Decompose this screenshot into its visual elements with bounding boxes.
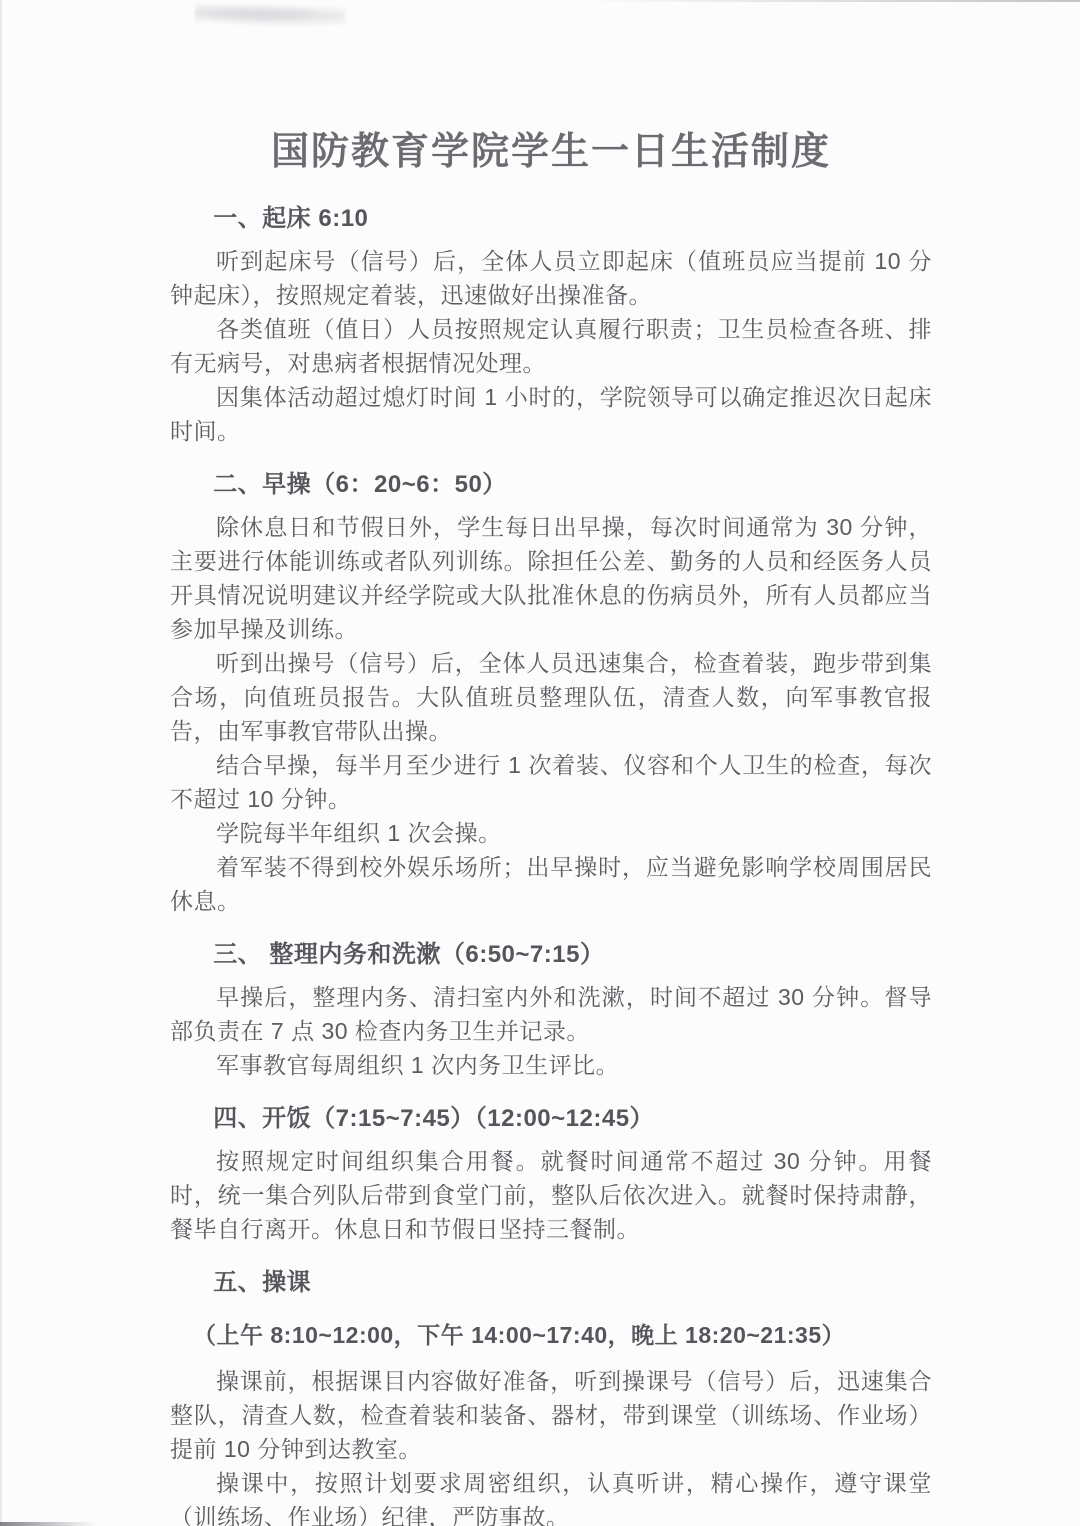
paragraph: 军事教官每周组织 1 次内务卫生评比。 xyxy=(170,1048,932,1082)
section-3-housekeeping-washing: 三、 整理内务和洗漱（6:50~7:15） 早操后，整理内务、清扫室内外和洗漱，… xyxy=(170,940,932,1082)
scanned-document-page: 国防教育学院学生一日生活制度 一、起床 6:10 听到起床号（信号）后，全体人员… xyxy=(0,0,1080,1526)
section-heading: 五、操课 xyxy=(170,1268,932,1298)
paragraph: 除休息日和节假日外，学生每日出早操，每次时间通常为 30 分钟，主要进行体能训练… xyxy=(170,510,932,646)
section-heading: 四、开饭（7:15~7:45）（12:00~12:45） xyxy=(170,1104,932,1134)
section-4-meals: 四、开饭（7:15~7:45）（12:00~12:45） 按照规定时间组织集合用… xyxy=(170,1104,932,1246)
document-title: 国防教育学院学生一日生活制度 xyxy=(170,126,932,178)
paragraph: 学院每半年组织 1 次会操。 xyxy=(170,816,932,850)
paragraph: 操课中，按照计划要求周密组织，认真听讲，精心操作，遵守课堂（训练场、作业场）纪律… xyxy=(170,1466,932,1526)
paragraph: 听到起床号（信号）后，全体人员立即起床（值班员应当提前 10 分钟起床），按照规… xyxy=(170,244,932,312)
section-2-morning-exercise: 二、早操（6：20~6：50） 除休息日和节假日外，学生每日出早操，每次时间通常… xyxy=(170,470,932,918)
section-1-wake-up: 一、起床 6:10 听到起床号（信号）后，全体人员立即起床（值班员应当提前 10… xyxy=(170,204,932,448)
paragraph: 各类值班（值日）人员按照规定认真履行职责；卫生员检查各班、排有无病号，对患病者根… xyxy=(170,312,932,380)
paragraph: 听到出操号（信号）后，全体人员迅速集合，检查着装，跑步带到集合场，向值班员报告。… xyxy=(170,646,932,748)
section-heading: 一、起床 6:10 xyxy=(170,204,932,234)
paragraph: 结合早操，每半月至少进行 1 次着装、仪容和个人卫生的检查，每次不超过 10 分… xyxy=(170,748,932,816)
section-5-classes: 五、操课 （上午 8:10~12:00，下午 14:00~17:40，晚上 18… xyxy=(170,1268,932,1526)
class-time-note: （上午 8:10~12:00，下午 14:00~17:40，晚上 18:20~2… xyxy=(170,1318,932,1352)
section-heading: 二、早操（6：20~6：50） xyxy=(170,470,932,500)
paragraph: 早操后，整理内务、清扫室内外和洗漱，时间不超过 30 分钟。督导部负责在 7 点… xyxy=(170,980,932,1048)
paragraph: 因集体活动超过熄灯时间 1 小时的，学院领导可以确定推迟次日起床时间。 xyxy=(170,380,932,448)
paragraph: 按照规定时间组织集合用餐。就餐时间通常不超过 30 分钟。用餐时，统一集合列队后… xyxy=(170,1144,932,1246)
paragraph: 着军装不得到校外娱乐场所；出早操时，应当避免影响学校周围居民休息。 xyxy=(170,850,932,918)
paragraph: 操课前，根据课目内容做好准备，听到操课号（信号）后，迅速集合整队，清查人数，检查… xyxy=(170,1364,932,1466)
document-body: 国防教育学院学生一日生活制度 一、起床 6:10 听到起床号（信号）后，全体人员… xyxy=(0,0,1080,1526)
section-heading: 三、 整理内务和洗漱（6:50~7:15） xyxy=(170,940,932,970)
